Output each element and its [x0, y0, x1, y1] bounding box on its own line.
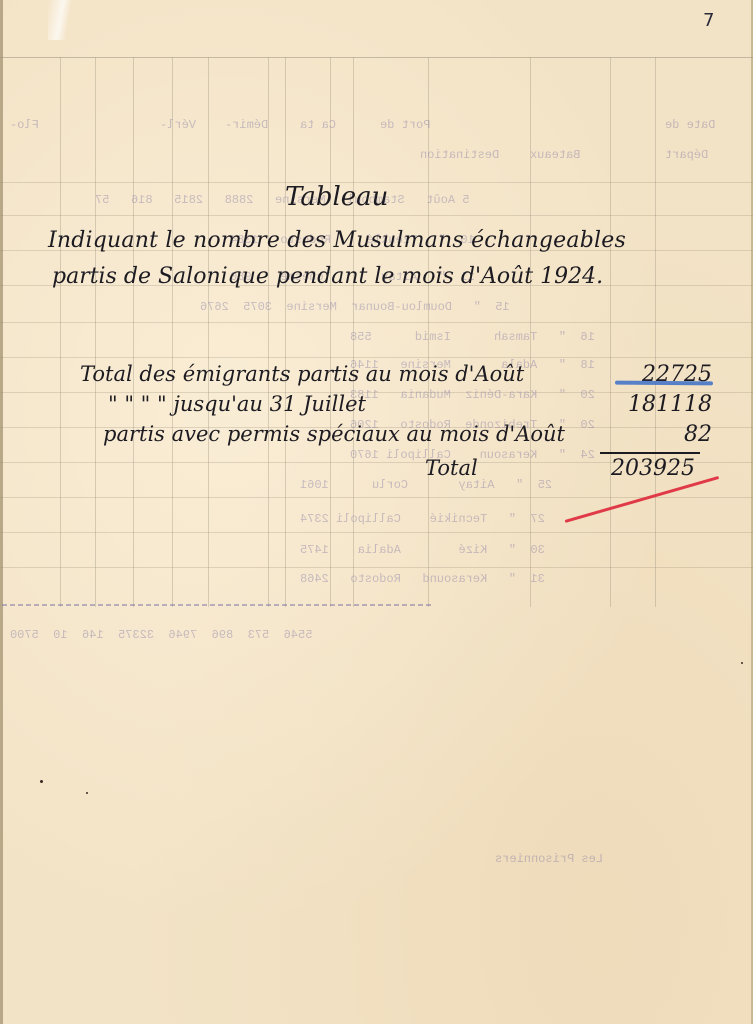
grid-rule [0, 215, 753, 216]
paper-speck [86, 792, 88, 794]
total-row-label-august: Total des émigrants partis au mois d'Aoû… [80, 362, 524, 386]
bleed-through-header: Démir- [225, 118, 268, 132]
bleed-through-header: Bateaux [530, 148, 580, 162]
bleed-through-row: 25 " Aitay Corlu 1061 [300, 478, 552, 492]
bleed-through-header: Port de [380, 118, 430, 132]
grid-rule [0, 567, 753, 568]
grid-column-rule [610, 57, 611, 607]
grid-column-rule [60, 57, 61, 607]
bleed-through-header: Date de [665, 118, 715, 132]
bleed-through-row: 16 " Tamsah Ismid 558 [350, 330, 595, 344]
page-number: 7 [703, 10, 714, 31]
bleed-through-row: 15 " Doumlou-Bounar Mersine 3075 2676 [200, 300, 510, 314]
total-row-label-special-permits: partis avec permis spéciaux au mois d'Ao… [103, 422, 565, 446]
bleed-through-header: Vérl- [160, 118, 196, 132]
total-row-label-july: " " " " jusqu'au 31 Juillet [108, 392, 366, 416]
bleed-through-footer-totals: 5546 573 896 7946 32375 146 10 5700 [10, 628, 312, 642]
bleed-through-header: Ca ta [300, 118, 336, 132]
sum-rule [600, 452, 700, 454]
bleed-through-row: 20 " Kara-Déniz Mudania 1183 [350, 388, 595, 402]
total-row-value-special-permits: 82 [582, 422, 712, 447]
bleed-through-row: 27 " Tecnikié Callipoli 2374 [300, 512, 545, 526]
document-page: Flo- Vérl- Démir- Ca ta Port de Date de … [0, 0, 753, 1024]
document-subtitle-line-2: partis de Salonique pendant le mois d'Ao… [52, 264, 603, 289]
bleed-through-row: 5 Août Stamboul Mersine 2888 2815 816 57 [95, 193, 469, 207]
bleed-through-header: Départ [665, 148, 708, 162]
paper-speck [40, 780, 43, 783]
grid-column-rule [285, 57, 286, 607]
bleed-through-dashed-rule [2, 604, 432, 606]
bleed-through-header: Flo- [10, 118, 39, 132]
document-title: Tableau [285, 182, 388, 212]
bleed-through-note: Les Prisonniers [495, 852, 603, 866]
grid-rule [0, 322, 753, 323]
grid-column-rule [95, 57, 96, 607]
grand-total-value: 203925 [565, 456, 695, 481]
paper-speck [741, 662, 743, 664]
ruled-grid-background: Flo- Vérl- Démir- Ca ta Port de Date de … [0, 0, 753, 620]
grid-column-rule [655, 57, 656, 607]
grid-column-rule [172, 57, 173, 607]
bleed-through-row: 30 " Kizé Adalia 1475 [300, 543, 545, 557]
grid-column-rule [133, 57, 134, 607]
grid-column-rule [208, 57, 209, 607]
total-row-value-july: 181118 [582, 392, 712, 417]
grid-rule [0, 532, 753, 533]
blue-pencil-underline [615, 381, 713, 386]
bleed-through-header: Destination [420, 148, 499, 162]
grid-rule [0, 57, 753, 58]
document-subtitle-line-1: Indiquant le nombre des Musulmans échang… [48, 228, 626, 253]
grid-column-rule [268, 57, 269, 607]
grand-total-label: Total [425, 456, 478, 480]
bleed-through-row: 31 " Kerasound Rodosto 2468 [300, 572, 545, 586]
